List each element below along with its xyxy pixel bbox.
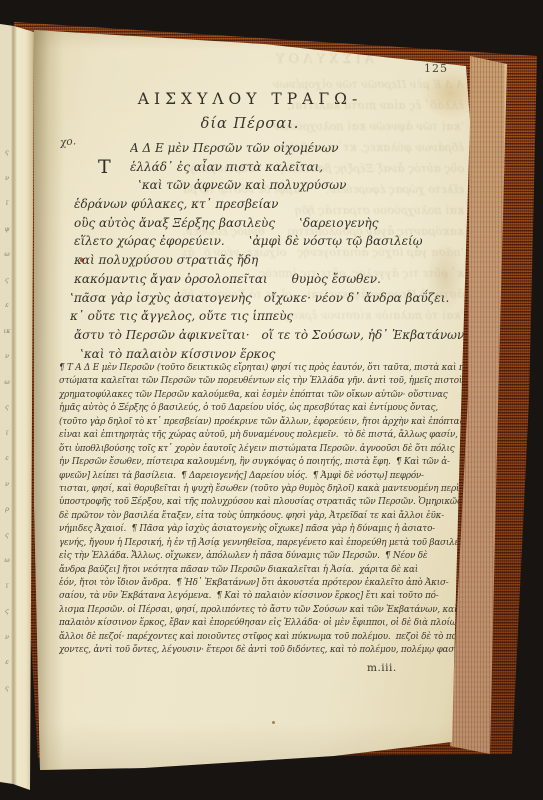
book-photograph: ςνϊψωϛεικνωςϊενρςωϊϛνες ΑΙΣΧΥΛΟΥ Α Δ Ε μ… <box>0 0 543 800</box>
facing-page-text-fragment: ς <box>1 523 13 549</box>
verse-line: Α Δ Ε μὲν Περσῶν τῶν οἰχομένων <box>130 139 468 158</box>
facing-page-text-fragment: ϛ <box>1 599 13 625</box>
facing-page-text-fragment: ς <box>1 395 13 421</box>
commentary-line: χοντες, ἀντὶ τοῦ ὄντες, λέγουσιν· ἕτεροι… <box>59 644 464 657</box>
facing-page-sliver: ςνϊψωϛεικνωςϊενρςωϊϛνες <box>0 24 34 790</box>
commentary-line: ἄνδρα βαΰζει] ἤτοι νεότητα πᾶσαν τῶν Περ… <box>59 564 464 577</box>
signature-mark: m.iii. <box>367 662 397 674</box>
facing-page-text-fragment: ω <box>1 548 13 574</box>
commentary-line: στώματα καλεῖται τῶν Περσῶν τῶν πορευθέν… <box>59 375 464 388</box>
page-title: ΑΙΣΧΥΛΟΥ ΤΡΑΓΩ- <box>44 90 456 108</box>
commentary-line: ὑποστροφῆς τοῦ Ξέρξου, καὶ τῆς πολυχρύσο… <box>59 496 464 509</box>
commentary-line: ὅτι ὑποθλιβούσης τοῖς κτ᾽ χορὸν ἑαυτοῖς … <box>59 443 464 456</box>
commentary-line: (τοῦτο γὰρ δηλοῖ τὸ κτ᾽ πρεσβείαν) προέκ… <box>59 416 464 429</box>
commentary-line: λισμα Περσῶν. οἱ Πέρσαι, φησί, προλιπόντ… <box>59 604 464 617</box>
commentary-line: γενής, ἤγουν ἡ Περσική, ἡ ἐν τῇ Ἀσίᾳ γεν… <box>59 537 464 550</box>
verse-line: οὓς αὐτὸς ἄναξ Ξέρξης βασιλεὺς ‛δαρειογε… <box>74 214 468 233</box>
facing-page-text-fragment: ν <box>1 166 13 192</box>
commentary-line: νήμιδες Ἀχαιοί. ¶ Πᾶσα γὰρ ἰσχὺς ἀσιατογ… <box>59 523 464 536</box>
verse-text-block: Α Δ Ε μὲν Περσῶν τῶν οἰχομένωνἑλλάδ᾽ ἐς … <box>70 139 468 363</box>
facing-page-text-fragment: ϛ <box>1 268 13 294</box>
facing-page-text-fragment: ε <box>1 446 13 472</box>
commentary-line: ἄλλοι δὲ πεζοί· παρέχοντες καὶ ποιοῦντες… <box>59 631 464 644</box>
verse-line: κακόμαντις ἄγαν ὀρσολοπεῖται θυμὸς ἔσωθε… <box>74 270 468 289</box>
commentary-line: σαίου, τὰ νῦν Ἐκβάτανα λεγόμενα. ¶ Καὶ τ… <box>59 590 464 603</box>
facing-page-text-fragment: ν <box>1 625 13 651</box>
commentary-line: ἦν Περσῶν ἔσωθεν, πίστειρα καλουμένη, ἣν… <box>59 456 464 469</box>
verse-line: ἑλλάδ᾽ ἐς αἶαν πιστὰ καλεῖται, <box>130 158 468 177</box>
verse-line: εἵλετο χώρας ἐφορεύειν. ‛ἀμφὶ δὲ νόστῳ τ… <box>74 232 468 251</box>
verse-line: ‛καὶ τὸ παλαιὸν κίσσινον ἕρκος <box>80 345 468 364</box>
commentary-line: ἑόν, ἤτοι τὸν ἴδιον ἄνδρα. ¶ Ἠδ᾽ Ἐκβατάν… <box>59 577 464 590</box>
verse-line: ‛καὶ τῶν ἀφνεῶν καὶ πολυχρύσων <box>138 176 468 195</box>
commentary-line: φνεῶν] λείπει τὰ βασίλεια. ¶ Δαρειογενής… <box>59 470 464 483</box>
commentary-line: χρηματοφύλακες τῶν Περσῶν καλούμεθα, καὶ… <box>59 389 464 402</box>
facing-page-text-fragment: ψ <box>1 217 13 243</box>
facing-page-text-fragment: ε <box>1 293 13 319</box>
facing-page-text-fragment: ς <box>1 676 13 702</box>
facing-page-text-fragment: ν <box>1 344 13 370</box>
verse-line: κ᾽ οὔτε τις ἄγγελος, οὔτε τις ἱππεὺς <box>70 307 468 326</box>
folio-number: 125 <box>424 62 448 75</box>
book-page: ΑΙΣΧΥΛΟΥ Α Δ Ε μὲν Περσῶν τῶν οἰχομένωνἑ… <box>34 22 470 774</box>
commentary-line: παλαιὸν κίσσινον ἕρκος, ἔβαν καὶ ἐπορεύθ… <box>59 617 464 630</box>
facing-page-text-fragment: ω <box>1 370 13 396</box>
verse-line: ἑδράνων φύλακες, κτ᾽ πρεσβείαν <box>74 195 468 214</box>
facing-page-text-fragment: ς <box>1 140 13 166</box>
verse-line: ἄστυ τὸ Περσῶν ἀφικνεῖται· οἵ τε τὸ Σούσ… <box>74 326 468 345</box>
facing-page-text-fragment: ε <box>1 650 13 676</box>
facing-page-text-fragment: ϊ <box>1 191 13 217</box>
facing-page-text-fragment: ϊ <box>1 574 13 600</box>
verse-line: καὶ πολυχρύσου στρατιᾶς ἤδη <box>74 251 468 270</box>
commentary-line: ἡμᾶς αὐτὸς ὁ Ξέρξης ὁ βασιλεύς, ὁ τοῦ Δα… <box>59 402 464 415</box>
commentary-line: δὲ πρῶτον τὸν βασιλέα ἔταξεν, εἶτα τοὺς … <box>59 510 464 523</box>
facing-page-text-fragment: ν <box>1 472 13 498</box>
facing-page-text-fragment: ρ <box>1 497 13 523</box>
commentary-line: τισται, φησί, καὶ θορυβεῖται ἡ ψυχὴ ἔσωθ… <box>59 483 464 496</box>
page-subtitle: δία Πέρσαι. <box>44 116 456 132</box>
commentary-line: εἰς τὴν Ἑλλάδα. Ἄλλως. οἴχωκεν, ἀπόλωλεν… <box>59 550 464 563</box>
facing-page-text-fragments: ςνϊψωϛεικνωςϊενρςωϊϛνες <box>1 140 13 701</box>
commentary-line: ¶ Τ Α Δ Ε μὲν Περσῶν (τοῦτο δεικτικῶς εἴ… <box>59 362 464 375</box>
facing-page-text-fragment: ϊ <box>1 421 13 447</box>
commentary-line: εἶναι καὶ ἐπιτηρητὰς τῆς χώρας αὐτοῦ, μὴ… <box>59 429 464 442</box>
facing-page-text-fragment: ω <box>1 242 13 268</box>
commentary-text-block: ¶ Τ Α Δ Ε μὲν Περσῶν (τοῦτο δεικτικῶς εἴ… <box>59 362 464 658</box>
foxing-spot <box>272 721 275 724</box>
verse-line: ‛πᾶσα γὰρ ἰσχὺς ἀσιατογενὴς οἴχωκε· νέον… <box>70 289 468 308</box>
facing-page-text-fragment: ικ <box>1 319 13 345</box>
